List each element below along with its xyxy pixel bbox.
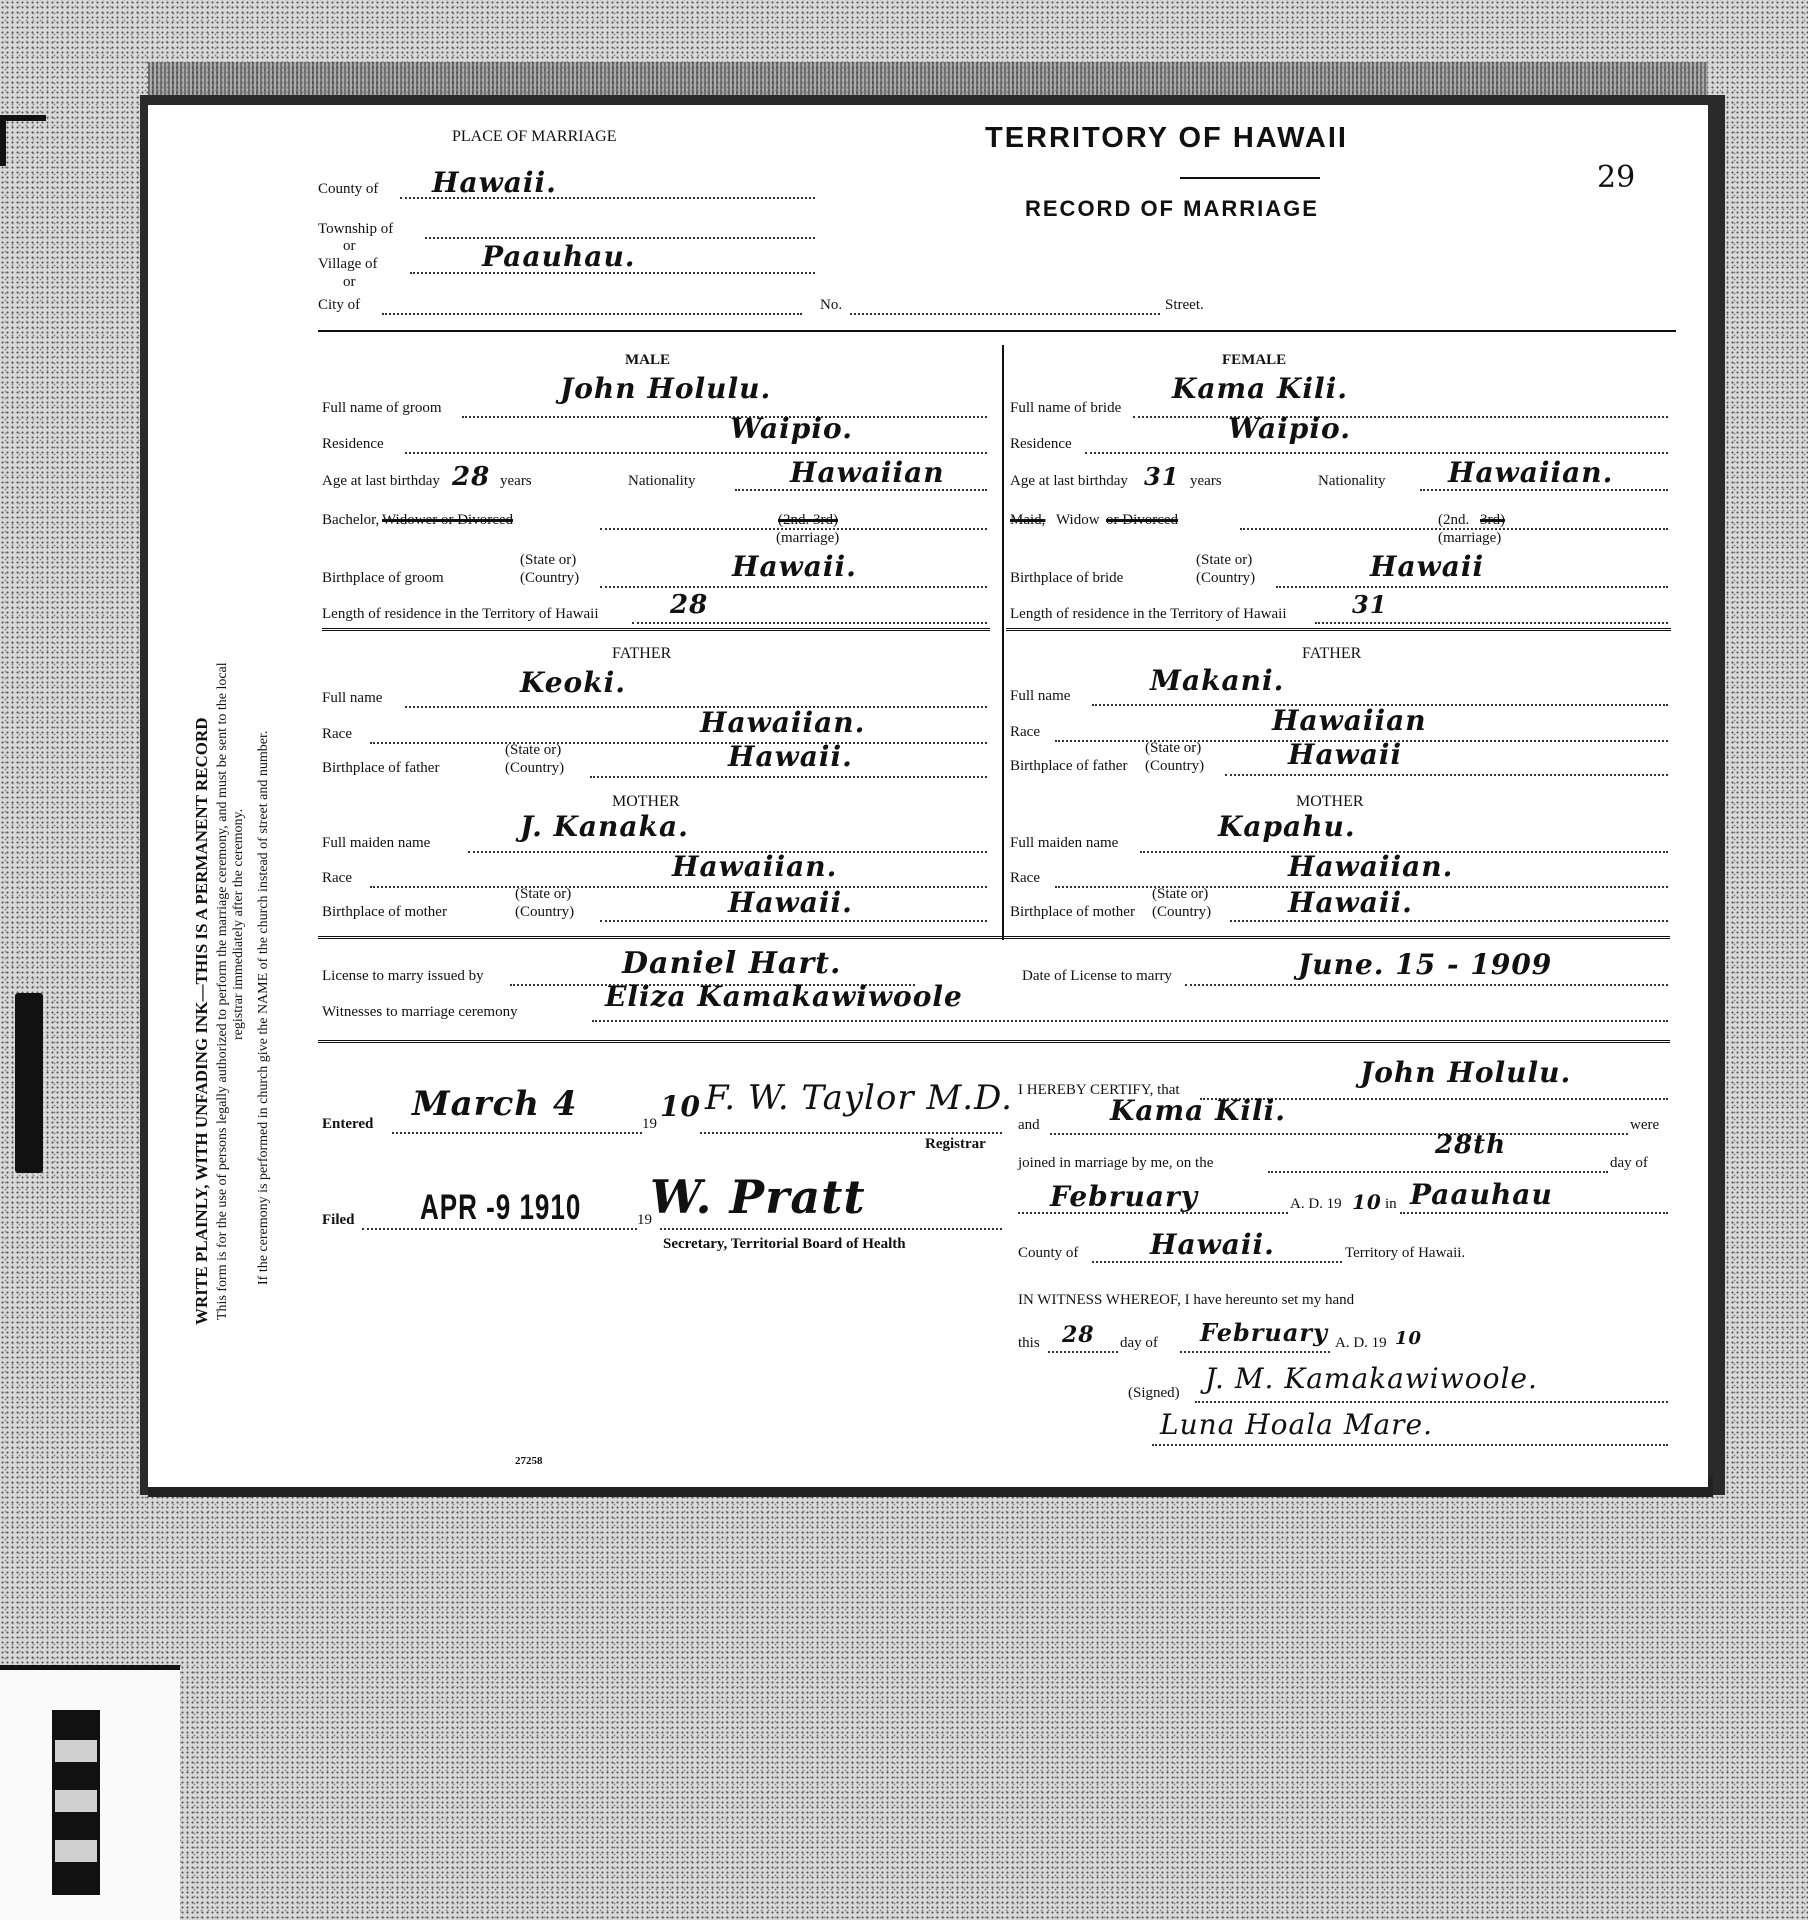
certify-bride-name: Kama Kili. — [1110, 1094, 1286, 1127]
filed-stamp: APR -9 1910 — [420, 1187, 581, 1229]
and-label: and — [1018, 1117, 1040, 1134]
township-line — [425, 237, 815, 239]
groom-residence-length-value: 28 — [670, 590, 708, 620]
witness-day-line — [1048, 1351, 1118, 1353]
witness-month: February — [1200, 1318, 1328, 1347]
or-text: or — [343, 238, 356, 255]
signature-line-2 — [1152, 1444, 1668, 1446]
bride-birthplace-line — [1276, 586, 1668, 588]
groom-name-label: Full name of groom — [322, 400, 442, 417]
entered-year-suffix: 10 — [660, 1090, 701, 1123]
groom-marriage-label: (marriage) — [776, 530, 839, 547]
groom-nationality-line — [735, 489, 987, 491]
state-or-label: (State or) — [1152, 886, 1208, 903]
state-or-label: (State or) — [1196, 552, 1252, 569]
township-label: Township of — [318, 221, 393, 238]
state-or-label: (State or) — [515, 886, 571, 903]
grayscale-swatch — [52, 1710, 100, 1895]
groom-name-line — [462, 416, 987, 418]
witnesses-line — [592, 1020, 1668, 1022]
groom-mother-race-value: Hawaiian. — [672, 850, 837, 883]
groom-status-label: Bachelor, — [322, 512, 379, 529]
bride-mother-name-value: Kapahu. — [1218, 810, 1356, 843]
bride-divorced-struck: or Divorced — [1106, 512, 1178, 529]
registrar-label: Registrar — [925, 1136, 986, 1153]
bride-age-value: 31 — [1144, 462, 1179, 491]
witness-day: 28 — [1062, 1322, 1095, 1348]
groom-age-value: 28 — [452, 462, 490, 492]
ad-label: A. D. 19 — [1290, 1196, 1342, 1213]
groom-residence-label: Residence — [322, 436, 384, 453]
license-date-value: June. 15 - 1909 — [1298, 948, 1552, 981]
groom-mother-birthplace-value: Hawaii. — [728, 886, 853, 919]
bride-father-birthplace-value: Hawaii — [1288, 738, 1402, 771]
form-number: 27258 — [515, 1455, 543, 1467]
marriage-year-suffix: 10 — [1352, 1190, 1382, 1214]
secretary-line — [660, 1228, 1002, 1230]
number-label: No. — [820, 297, 842, 314]
state-or-label: (State or) — [520, 552, 576, 569]
groom-birthplace-line — [600, 586, 987, 588]
page-number: 29 — [1597, 160, 1635, 195]
groom-mother-race-line — [370, 886, 987, 888]
bride-section-divider — [1006, 628, 1671, 634]
groom-father-race-label: Race — [322, 726, 352, 743]
bride-residence-value: Waipio. — [1228, 412, 1351, 445]
bride-nationality-label: Nationality — [1318, 473, 1386, 490]
groom-father-birthplace-line — [590, 776, 987, 778]
bride-name-label: Full name of bride — [1010, 400, 1121, 417]
witness-ad-label: A. D. 19 — [1335, 1335, 1387, 1352]
title-divider — [1180, 177, 1320, 179]
side-note-registrar: registrar immediately after the ceremony… — [231, 809, 247, 1040]
marriage-place: Paauhau — [1410, 1178, 1553, 1211]
groom-father-heading: FATHER — [612, 645, 671, 663]
groom-father-birthplace-value: Hawaii. — [728, 740, 853, 773]
male-heading: MALE — [625, 352, 670, 369]
joined-label: joined in marriage by me, on the — [1018, 1155, 1213, 1172]
village-value: Paauhau. — [482, 240, 636, 273]
bride-marriage-number: (2nd. — [1438, 512, 1469, 529]
groom-birthplace-label: Birthplace of groom — [322, 570, 444, 587]
marriage-month: February — [1050, 1180, 1198, 1213]
license-date-label: Date of License to marry — [1022, 968, 1172, 985]
side-note-permanent-record: WRITE PLAINLY, WITH UNFADING INK—THIS IS… — [192, 717, 212, 1325]
groom-father-race-value: Hawaiian. — [700, 706, 865, 739]
license-divider — [318, 1040, 1670, 1046]
license-issued-by-value: Daniel Hart. — [622, 946, 841, 981]
bride-mother-birthplace-label: Birthplace of mother — [1010, 904, 1135, 921]
bride-father-heading: FATHER — [1302, 645, 1361, 663]
this-label: this — [1018, 1335, 1040, 1352]
groom-mother-heading: MOTHER — [612, 793, 680, 811]
country-label: (Country) — [520, 570, 579, 587]
certify-county-label: County of — [1018, 1245, 1078, 1262]
bride-nationality-value: Hawaiian. — [1448, 456, 1613, 489]
license-issued-by-label: License to marry issued by — [322, 968, 484, 985]
groom-nationality-value: Hawaiian — [790, 456, 945, 489]
officiant-signature: J. M. Kamakawiwoole. — [1205, 1362, 1538, 1395]
witnesses-label: Witnesses to marriage ceremony — [322, 1004, 518, 1021]
state-or-label: (State or) — [505, 742, 561, 759]
bride-mother-name-label: Full maiden name — [1010, 835, 1118, 852]
city-label: City of — [318, 297, 360, 314]
side-note-form-use: This form is for the use of persons lega… — [215, 662, 231, 1320]
country-label: (Country) — [515, 904, 574, 921]
number-line — [850, 313, 1160, 315]
bride-mother-race-value: Hawaiian. — [1288, 850, 1453, 883]
country-label: (Country) — [505, 760, 564, 777]
scan-edge-bar — [15, 993, 43, 1173]
secretary-signature: W. Pratt — [650, 1170, 866, 1224]
certify-groom-name: John Holulu. — [1360, 1056, 1571, 1089]
bride-father-birthplace-line — [1225, 774, 1668, 776]
city-line — [382, 313, 802, 315]
groom-section-divider — [322, 628, 990, 634]
bride-widow-label: Widow — [1056, 512, 1100, 529]
country-label: (Country) — [1152, 904, 1211, 921]
bride-father-name-label: Full name — [1010, 688, 1070, 705]
certify-bride-line — [1050, 1133, 1628, 1135]
bride-birthplace-value: Hawaii — [1370, 550, 1484, 583]
entered-label: Entered — [322, 1116, 373, 1133]
female-heading: FEMALE — [1222, 352, 1286, 369]
registrar-line — [700, 1132, 1002, 1134]
state-or-label: (State or) — [1145, 740, 1201, 757]
registrar-signature: F. W. Taylor M.D. — [705, 1078, 1013, 1118]
bride-name-value: Kama Kili. — [1172, 372, 1348, 405]
groom-father-name-label: Full name — [322, 690, 382, 707]
groom-mother-name-value: J. Kanaka. — [520, 810, 689, 843]
territory-label: Territory of Hawaii. — [1345, 1245, 1465, 1262]
groom-father-race-line — [370, 742, 987, 744]
place-line — [1400, 1212, 1668, 1214]
groom-status-struck: Widower or Divorced — [382, 512, 513, 529]
groom-mother-name-label: Full maiden name — [322, 835, 430, 852]
groom-mother-birthplace-line — [600, 920, 987, 922]
bride-mother-heading: MOTHER — [1296, 793, 1364, 811]
bride-birthplace-label: Birthplace of bride — [1010, 570, 1123, 587]
column-divider — [1002, 345, 1004, 940]
bride-residence-length-line — [1315, 622, 1668, 624]
bride-nationality-line — [1420, 489, 1668, 491]
entered-line — [392, 1132, 642, 1134]
side-note-church: If the ceremony is performed in church g… — [256, 731, 272, 1285]
country-label: (Country) — [1196, 570, 1255, 587]
groom-marriage-number-struck: (2nd. 3rd) — [778, 512, 838, 529]
officiant-title-signature: Luna Hoala Mare. — [1160, 1408, 1433, 1441]
bride-father-race-label: Race — [1010, 724, 1040, 741]
witnesses-value: Eliza Kamakawiwoole — [605, 980, 963, 1013]
village-label: Village of — [318, 256, 378, 273]
groom-father-name-value: Keoki. — [520, 666, 626, 699]
territory-title: TERRITORY OF HAWAII — [985, 122, 1348, 155]
secretary-label: Secretary, Territorial Board of Health — [663, 1236, 906, 1253]
bride-mother-race-label: Race — [1010, 870, 1040, 887]
day-of-label: day of — [1610, 1155, 1648, 1172]
marriage-day: 28th — [1435, 1130, 1506, 1160]
bride-father-birthplace-label: Birthplace of father — [1010, 758, 1127, 775]
header-divider — [318, 330, 1676, 332]
place-of-marriage-heading: PLACE OF MARRIAGE — [452, 128, 616, 146]
scan-corner-mark — [0, 115, 46, 166]
in-label: in — [1385, 1196, 1397, 1213]
bride-maid-struck: Maid, — [1010, 512, 1045, 529]
day-line — [1268, 1171, 1608, 1173]
certify-county-value: Hawaii. — [1150, 1228, 1275, 1261]
bride-name-line — [1133, 416, 1668, 418]
bride-years-label: years — [1190, 473, 1222, 490]
bride-mother-birthplace-value: Hawaii. — [1288, 886, 1413, 919]
groom-nationality-label: Nationality — [628, 473, 696, 490]
groom-years-label: years — [500, 473, 532, 490]
bride-age-label: Age at last birthday — [1010, 473, 1128, 490]
groom-father-name-line — [405, 706, 987, 708]
bride-father-name-value: Makani. — [1150, 664, 1284, 697]
groom-age-label: Age at last birthday — [322, 473, 440, 490]
witness-year-suffix: 10 — [1395, 1328, 1422, 1349]
bride-mother-birthplace-line — [1230, 920, 1668, 922]
groom-residence-line — [405, 452, 987, 454]
entered-year-prefix: 19 — [642, 1116, 657, 1133]
record-title: RECORD OF MARRIAGE — [1025, 196, 1319, 222]
groom-father-birthplace-label: Birthplace of father — [322, 760, 439, 777]
groom-mother-race-label: Race — [322, 870, 352, 887]
witness-whereof-label: IN WITNESS WHEREOF, I have hereunto set … — [1018, 1292, 1354, 1309]
bride-residence-line — [1085, 452, 1668, 454]
entered-date-value: March 4 — [412, 1084, 578, 1124]
county-label: County of — [318, 181, 378, 198]
country-label: (Country) — [1145, 758, 1204, 775]
signed-label: (Signed) — [1128, 1385, 1180, 1402]
bride-residence-label: Residence — [1010, 436, 1072, 453]
license-date-line — [1185, 984, 1668, 986]
groom-mother-birthplace-label: Birthplace of mother — [322, 904, 447, 921]
or-text: or — [343, 274, 356, 291]
bride-residence-length-value: 31 — [1352, 590, 1387, 619]
groom-residence-length-line — [632, 622, 987, 624]
street-label: Street. — [1165, 297, 1204, 314]
bride-marriage-number-struck: 3rd) — [1480, 512, 1505, 529]
certify-county-line — [1092, 1261, 1342, 1263]
county-value: Hawaii. — [432, 166, 557, 199]
signature-line-1 — [1195, 1401, 1668, 1403]
bride-father-race-value: Hawaiian — [1272, 704, 1427, 737]
witness-day-of-label: day of — [1120, 1335, 1158, 1352]
groom-residence-length-label: Length of residence in the Territory of … — [322, 606, 599, 623]
bride-residence-length-label: Length of residence in the Territory of … — [1010, 606, 1287, 623]
parents-divider — [318, 936, 1670, 942]
groom-residence-value: Waipio. — [730, 412, 853, 445]
groom-birthplace-value: Hawaii. — [732, 550, 857, 583]
groom-name-value: John Holulu. — [560, 372, 771, 405]
witness-month-line — [1180, 1351, 1330, 1353]
bride-marriage-label: (marriage) — [1438, 530, 1501, 547]
filed-label: Filed — [322, 1212, 355, 1229]
were-label: were — [1630, 1117, 1659, 1134]
